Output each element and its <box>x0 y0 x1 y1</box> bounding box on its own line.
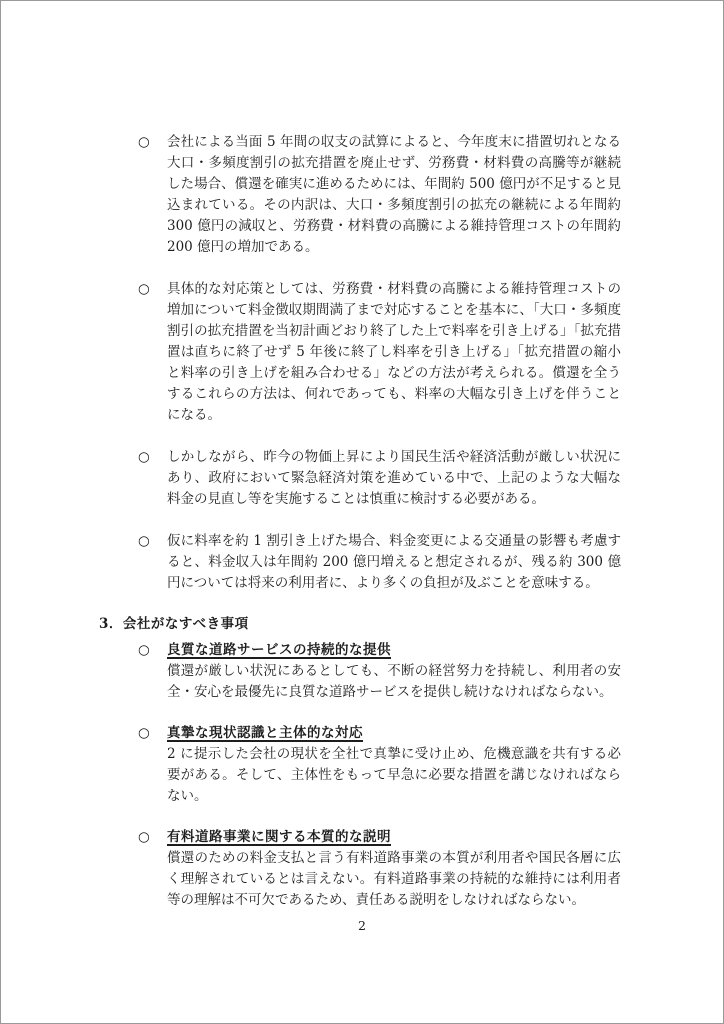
circle-bullet-icon: ○ <box>138 447 167 468</box>
item-title: 有料道路事業に関する本質的な説明 <box>167 827 621 848</box>
bullet-paragraph: ○ 具体的な対応策としては、労務費・材料費の高騰による維持管理コストの増加につい… <box>99 279 621 426</box>
circle-bullet-icon: ○ <box>138 132 167 153</box>
page-number: 2 <box>1 917 723 935</box>
item-body: 償還が厳しい状況にあるとしても、不断の経営努力を持続し、利用者の安全・安心を最優… <box>167 661 621 703</box>
section-item-block: 良質な道路サービスの持続的な提供 償還が厳しい状況にあるとしても、不断の経営努力… <box>167 640 621 703</box>
section-item-block: 有料道路事業に関する本質的な説明 償還のための料金支払と言う有料道路事業の本質が… <box>167 827 621 911</box>
paragraph-text: 会社による当面 5 年間の収支の試算によると、今年度末に措置切れとなる大口・多頻… <box>167 132 621 258</box>
circle-bullet-icon: ○ <box>138 827 167 848</box>
document-content: ○ 会社による当面 5 年間の収支の試算によると、今年度末に措置切れとなる大口・… <box>99 132 621 931</box>
circle-bullet-icon: ○ <box>138 640 167 661</box>
section-item: ○ 良質な道路サービスの持続的な提供 償還が厳しい状況にあるとしても、不断の経営… <box>99 640 621 703</box>
item-body: 償還のための料金支払と言う有料道路事業の本質が利用者や国民各層に広く理解されてい… <box>167 848 621 911</box>
section-heading: 3．会社がなすべき事項 <box>99 614 621 635</box>
item-title-text: 良質な道路サービスの持続的な提供 <box>167 642 391 658</box>
document-page: ○ 会社による当面 5 年間の収支の試算によると、今年度末に措置切れとなる大口・… <box>0 0 724 1024</box>
circle-bullet-icon: ○ <box>138 279 167 300</box>
bullet-paragraph: ○ しかしながら、昨今の物価上昇により国民生活や経済活動が厳しい状況にあり、政府… <box>99 447 621 510</box>
circle-bullet-icon: ○ <box>138 531 167 552</box>
paragraph-text: 仮に料率を約 1 割引き上げた場合、料金変更による交通量の影響も考慮すると、料金… <box>167 531 621 594</box>
bullet-paragraph: ○ 仮に料率を約 1 割引き上げた場合、料金変更による交通量の影響も考慮すると、… <box>99 531 621 594</box>
item-title: 真摯な現状認識と主体的な対応 <box>167 723 621 744</box>
paragraph-text: 具体的な対応策としては、労務費・材料費の高騰による維持管理コストの増加について料… <box>167 279 621 426</box>
paragraph-text: しかしながら、昨今の物価上昇により国民生活や経済活動が厳しい状況にあり、政府にお… <box>167 447 621 510</box>
item-title-text: 有料道路事業に関する本質的な説明 <box>167 829 391 845</box>
section-item: ○ 有料道路事業に関する本質的な説明 償還のための料金支払と言う有料道路事業の本… <box>99 827 621 911</box>
item-title-text: 真摯な現状認識と主体的な対応 <box>167 725 363 741</box>
item-title: 良質な道路サービスの持続的な提供 <box>167 640 621 661</box>
circle-bullet-icon: ○ <box>138 723 167 744</box>
item-body: 2 に提示した会社の現状を全社で真摯に受け止め、危機意識を共有する必要がある。そ… <box>167 744 621 807</box>
section-item-block: 真摯な現状認識と主体的な対応 2 に提示した会社の現状を全社で真摯に受け止め、危… <box>167 723 621 807</box>
section-item: ○ 真摯な現状認識と主体的な対応 2 に提示した会社の現状を全社で真摯に受け止め… <box>99 723 621 807</box>
bullet-paragraph: ○ 会社による当面 5 年間の収支の試算によると、今年度末に措置切れとなる大口・… <box>99 132 621 258</box>
